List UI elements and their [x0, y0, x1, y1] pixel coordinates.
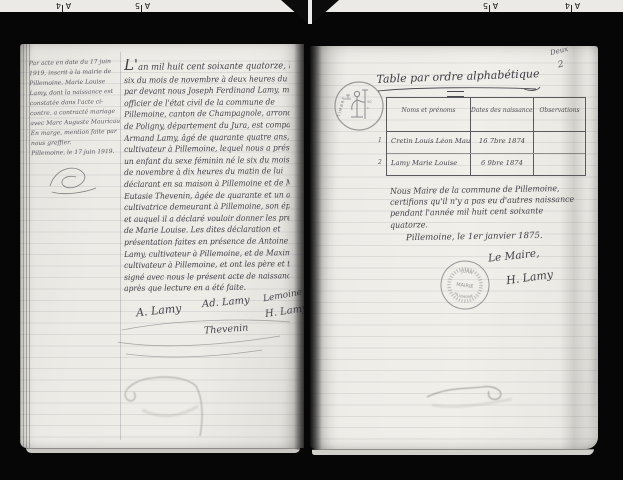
table-row: 1 Cretin Louis Léon Maurice 16 7bre 1874	[387, 132, 585, 154]
folio-numeral: 2	[557, 60, 564, 71]
margin-rule-line	[120, 52, 121, 440]
registration-mark: A 5	[478, 0, 502, 12]
act-line: L'an mil huit cent soixante quatorze, le	[124, 57, 290, 74]
alphabetical-table: Noms et prénoms Dates des naissances Obs…	[386, 97, 586, 176]
table-header-row: Noms et prénoms Dates des naissances Obs…	[387, 98, 585, 132]
registration-tick	[62, 5, 63, 12]
mayor-signature: H. Lamy	[505, 268, 553, 287]
frame-arrow-right-triangle	[312, 0, 339, 24]
registration-mark-label: A 4	[560, 0, 584, 11]
right-page-bottom-edge	[312, 449, 594, 455]
frame-arrow-left-triangle	[281, 0, 308, 24]
act-line: présentation faites en présence de Antoi…	[124, 235, 290, 248]
certification-date-line: Pillemoine, le 1er janvier 1875.	[406, 231, 543, 243]
left-page: Par acte en date du 17 juin1919, inscrit…	[20, 44, 304, 448]
certification-line: quatorze.	[390, 216, 574, 230]
table-row: 2 Lamy Marie Louise 6 9bre 1874	[387, 154, 585, 175]
timbre-seal-label: TIMBRE	[336, 96, 347, 119]
table-body: 1 Cretin Louis Léon Maurice 16 7bre 1874…	[387, 132, 585, 175]
registration-mark-label: A 5	[478, 0, 502, 11]
cell-observations	[534, 154, 585, 175]
svg-text:c.: c.	[367, 106, 370, 110]
cell-observations	[534, 132, 585, 153]
ink-showthrough-smudge	[112, 362, 222, 440]
right-page: Deux 2 50c. TIMBRE Table par ordre alpha…	[310, 46, 598, 449]
mayor-certification-text: Nous Maire de la commune de Pillemoine,c…	[390, 186, 586, 231]
page-edge-striations	[20, 44, 30, 448]
microfilm-frame: A 4 A 5 A 5 A 4 Par acte en date du 17 j…	[0, 0, 623, 480]
registration-tick	[571, 5, 572, 12]
ink-showthrough-smudge	[422, 369, 522, 409]
signature-flourish-lines	[112, 316, 297, 358]
cell-birth-date: 6 9bre 1874	[471, 154, 534, 175]
row-number: 1	[378, 137, 382, 144]
registration-mark: A 4	[560, 0, 584, 12]
frame-arrow-icon	[281, 0, 339, 24]
film-header-strip: A 4 A 5 A 5 A 4	[0, 0, 623, 12]
registration-tick	[141, 5, 142, 12]
registration-mark-label: A 4	[51, 0, 75, 11]
marriage-margin-note: Par acte en date du 17 juin1919, inscrit…	[29, 57, 122, 159]
registration-mark-label: A 5	[130, 0, 154, 11]
stamp-center-text: MAIRIE	[456, 282, 474, 290]
frame-arrow-slit	[308, 0, 312, 24]
cell-birth-date: 16 7bre 1874	[471, 132, 534, 153]
header-dates: Dates des naissances	[471, 98, 534, 131]
registration-tick	[489, 5, 490, 12]
cell-name: Lamy Marie Louise	[387, 154, 471, 175]
header-observations: Observations	[534, 98, 585, 131]
left-page-bottom-edge	[26, 448, 300, 453]
registration-mark: A 4	[51, 0, 75, 12]
margin-note-line: Pillemoine, le 17 juin 1919.	[31, 147, 121, 159]
row-number: 2	[378, 159, 382, 166]
signature-witness-1: Ad. Lamy	[202, 295, 250, 310]
registration-mark: A 5	[130, 0, 154, 12]
act-line: après que lecture en a été faite.	[124, 282, 290, 295]
birth-act-text: L'an mil huit cent soixante quatorze, le…	[124, 59, 302, 295]
cell-name: Cretin Louis Léon Maurice	[387, 132, 471, 153]
folio-word: Deux	[549, 46, 569, 57]
svg-text:50: 50	[367, 100, 372, 104]
header-noms: Noms et prénoms	[387, 98, 471, 131]
mairie-stamp-icon: JURA PILLEMOINE MAIRIE	[435, 255, 496, 316]
margin-note-signature-flourish	[46, 162, 100, 198]
